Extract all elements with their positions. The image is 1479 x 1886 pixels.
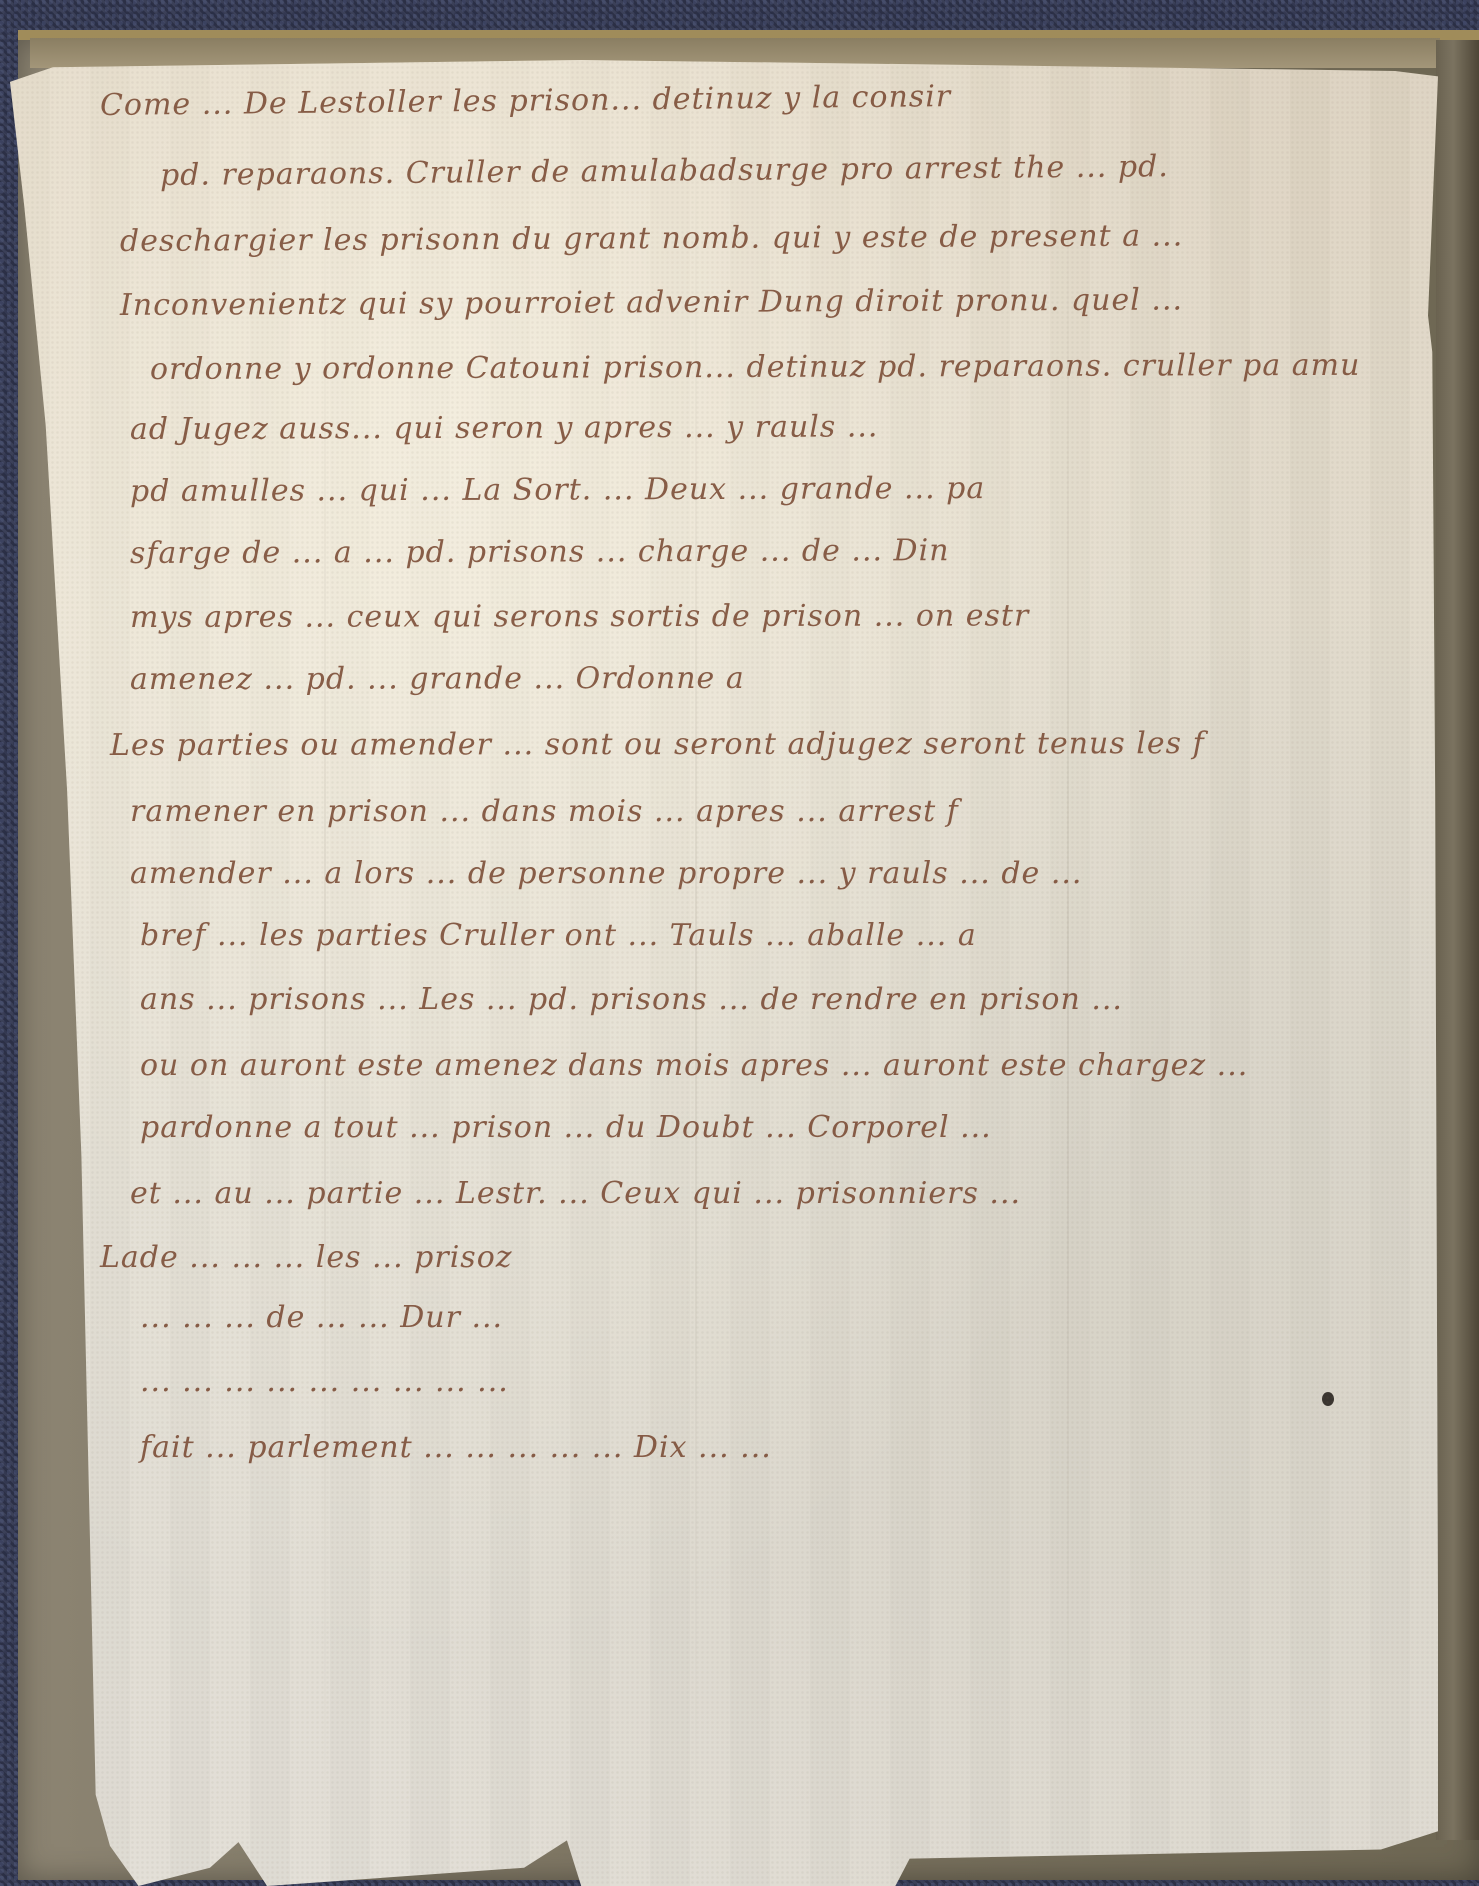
manuscript-line: sfarge de ... a ... pd. prisons ... char… <box>130 533 950 571</box>
manuscript-line: pd amulles ... qui ... La Sort. ... Deux… <box>130 471 985 509</box>
handwritten-text: Come ... De Lestoller les prison... deti… <box>10 60 1438 1886</box>
manuscript-line: Come ... De Lestoller les prison... deti… <box>100 79 952 123</box>
mount-right-edge <box>1436 40 1479 1840</box>
manuscript-page: Come ... De Lestoller les prison... deti… <box>10 60 1438 1886</box>
manuscript-line: ramener en prison ... dans mois ... apre… <box>130 794 959 829</box>
manuscript-line: et ... au ... partie ... Lestr. ... Ceux… <box>130 1176 1021 1211</box>
manuscript-line: ou on auront este amenez dans mois apres… <box>140 1048 1248 1083</box>
manuscript-line: amenez ... pd. ... grande ... Ordonne a <box>130 661 745 697</box>
manuscript-line: fait ... parlement ... ... ... ... ... D… <box>140 1430 772 1465</box>
manuscript-line: amender ... a lors ... de personne propr… <box>130 856 1082 891</box>
manuscript-line: ans ... prisons ... Les ... pd. prisons … <box>140 982 1123 1017</box>
manuscript-line: pardonne a tout ... prison ... du Doubt … <box>140 1110 992 1145</box>
manuscript-line: pd. reparaons. Cruller de amulabadsurge … <box>160 149 1169 193</box>
manuscript-line: ad Jugez auss... qui seron y apres ... y… <box>130 409 879 447</box>
manuscript-line: bref ... les parties Cruller ont ... Tau… <box>140 918 977 953</box>
manuscript-line: ordonne y ordonne Catouni prison... deti… <box>150 348 1361 387</box>
manuscript-line: Les parties ou amender ... sont ou seron… <box>110 726 1205 763</box>
manuscript-line: ... ... ... de ... ... Dur ... <box>140 1300 503 1335</box>
manuscript-line: Lade ... ... ... les ... prisoz <box>100 1240 513 1275</box>
paper-hole <box>1322 1392 1334 1406</box>
manuscript-line: Inconvenientz qui sy pourroiet advenir D… <box>120 282 1183 323</box>
manuscript-line: deschargier les prisonn du grant nomb. q… <box>120 218 1183 259</box>
manuscript-line: ... ... ... ... ... ... ... ... ... <box>140 1364 509 1399</box>
manuscript-line: mys apres ... ceux qui serons sortis de … <box>130 598 1029 635</box>
